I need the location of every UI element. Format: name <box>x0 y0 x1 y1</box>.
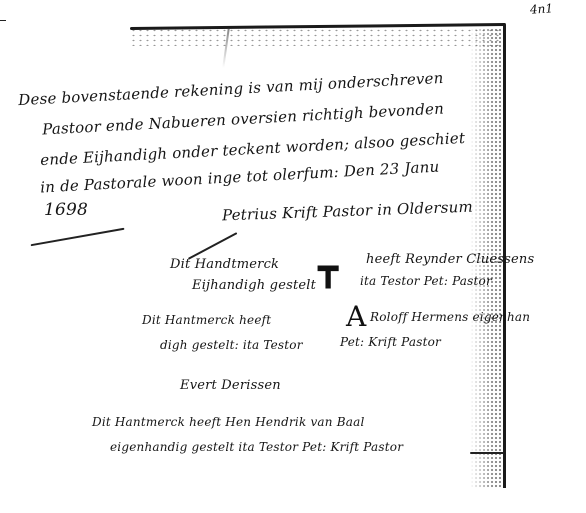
last-entry-flourish <box>470 452 504 454</box>
signature-flourish <box>188 232 237 259</box>
paper-top-stain <box>130 28 506 46</box>
folio-number: 4n1 <box>530 1 554 17</box>
document-page: 4n1 Dese bovenstaende rekening is van mi… <box>0 0 586 513</box>
entry-1-left-line-2: Eijhandigh gestelt <box>192 278 316 293</box>
entry-1-hand-mark: ┳ <box>318 252 338 286</box>
last-entry-line-1: Dit Hantmerck heeft Hen Hendrik van Baal <box>92 415 365 429</box>
witness-name: Evert Derissen <box>180 378 281 393</box>
entry-2-hand-mark: A <box>346 302 366 332</box>
pastor-signature: Petrius Krift Pastor in Oldersum <box>222 198 473 225</box>
year-flourish <box>31 228 125 246</box>
entry-2-left-line-2: digh gestelt: ita Testor <box>160 338 303 352</box>
margin-tick <box>0 20 6 21</box>
entry-1-right-line-2: ita Testor Pet: Pastor <box>360 274 492 288</box>
last-entry-line-2: eigenhandig gestelt ita Testor Pet: Krif… <box>110 440 403 454</box>
entry-2-right-line-2: Pet: Krift Pastor <box>340 335 441 349</box>
entry-2-left-line-1: Dit Hantmerck heeft <box>142 313 271 327</box>
entry-2-right-line-1: Roloff Hermens eigenhan <box>370 310 530 324</box>
entry-1-right-line-1: heeft Reynder Cluessens <box>366 252 534 267</box>
entry-1-left-line-1: Dit Handtmerck <box>170 257 279 272</box>
paragraph-year: 1698 <box>44 200 88 220</box>
